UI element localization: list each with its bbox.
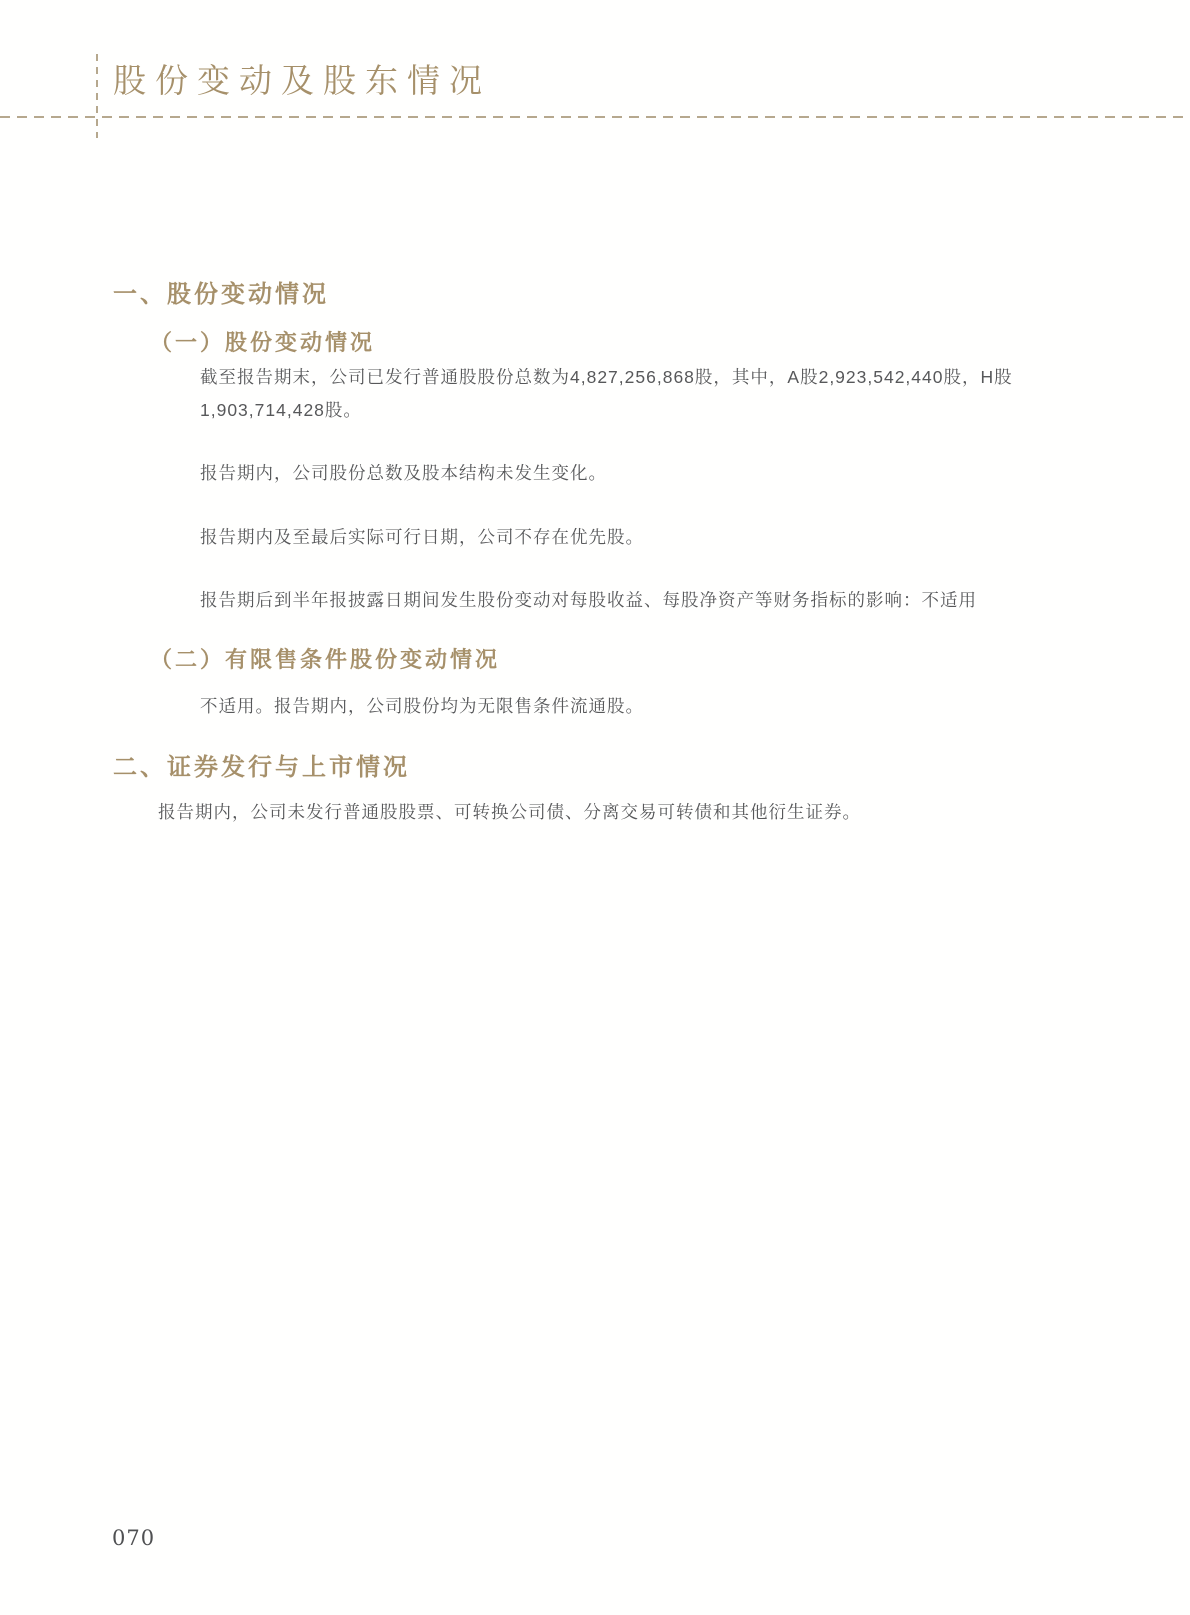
- paragraph-share-totals: 截至报告期末，公司已发行普通股股份总数为4,827,256,868股，其中，A股…: [200, 361, 1084, 427]
- header-horizontal-dashed-line: [0, 116, 1190, 118]
- paragraph-restricted-shares: 不适用。报告期内，公司股份均为无限售条件流通股。: [200, 690, 1084, 723]
- page-title: 股份变动及股东情况: [113, 64, 491, 97]
- paragraph-post-period-impact: 报告期后到半年报披露日期间发生股份变动对每股收益、每股净资产等财务指标的影响：不…: [200, 584, 1084, 617]
- header-vertical-dashed-line: [96, 54, 98, 138]
- paragraph-securities-issuance: 报告期内，公司未发行普通股股票、可转换公司债、分离交易可转债和其他衍生证券。: [158, 796, 1084, 829]
- paragraph-no-structure-change: 报告期内，公司股份总数及股本结构未发生变化。: [200, 457, 1084, 490]
- section-1-heading: 一、股份变动情况: [113, 282, 329, 308]
- subsection-1-2-heading: （二）有限售条件股份变动情况: [150, 648, 500, 672]
- section-2-heading: 二、证券发行与上市情况: [113, 755, 410, 781]
- paragraph-no-preferred-shares: 报告期内及至最后实际可行日期，公司不存在优先股。: [200, 521, 1084, 554]
- subsection-1-1-heading: （一）股份变动情况: [150, 331, 375, 355]
- report-page: 股份变动及股东情况 一、股份变动情况 （一）股份变动情况 截至报告期末，公司已发…: [0, 0, 1190, 1615]
- page-number: 070: [112, 1528, 155, 1549]
